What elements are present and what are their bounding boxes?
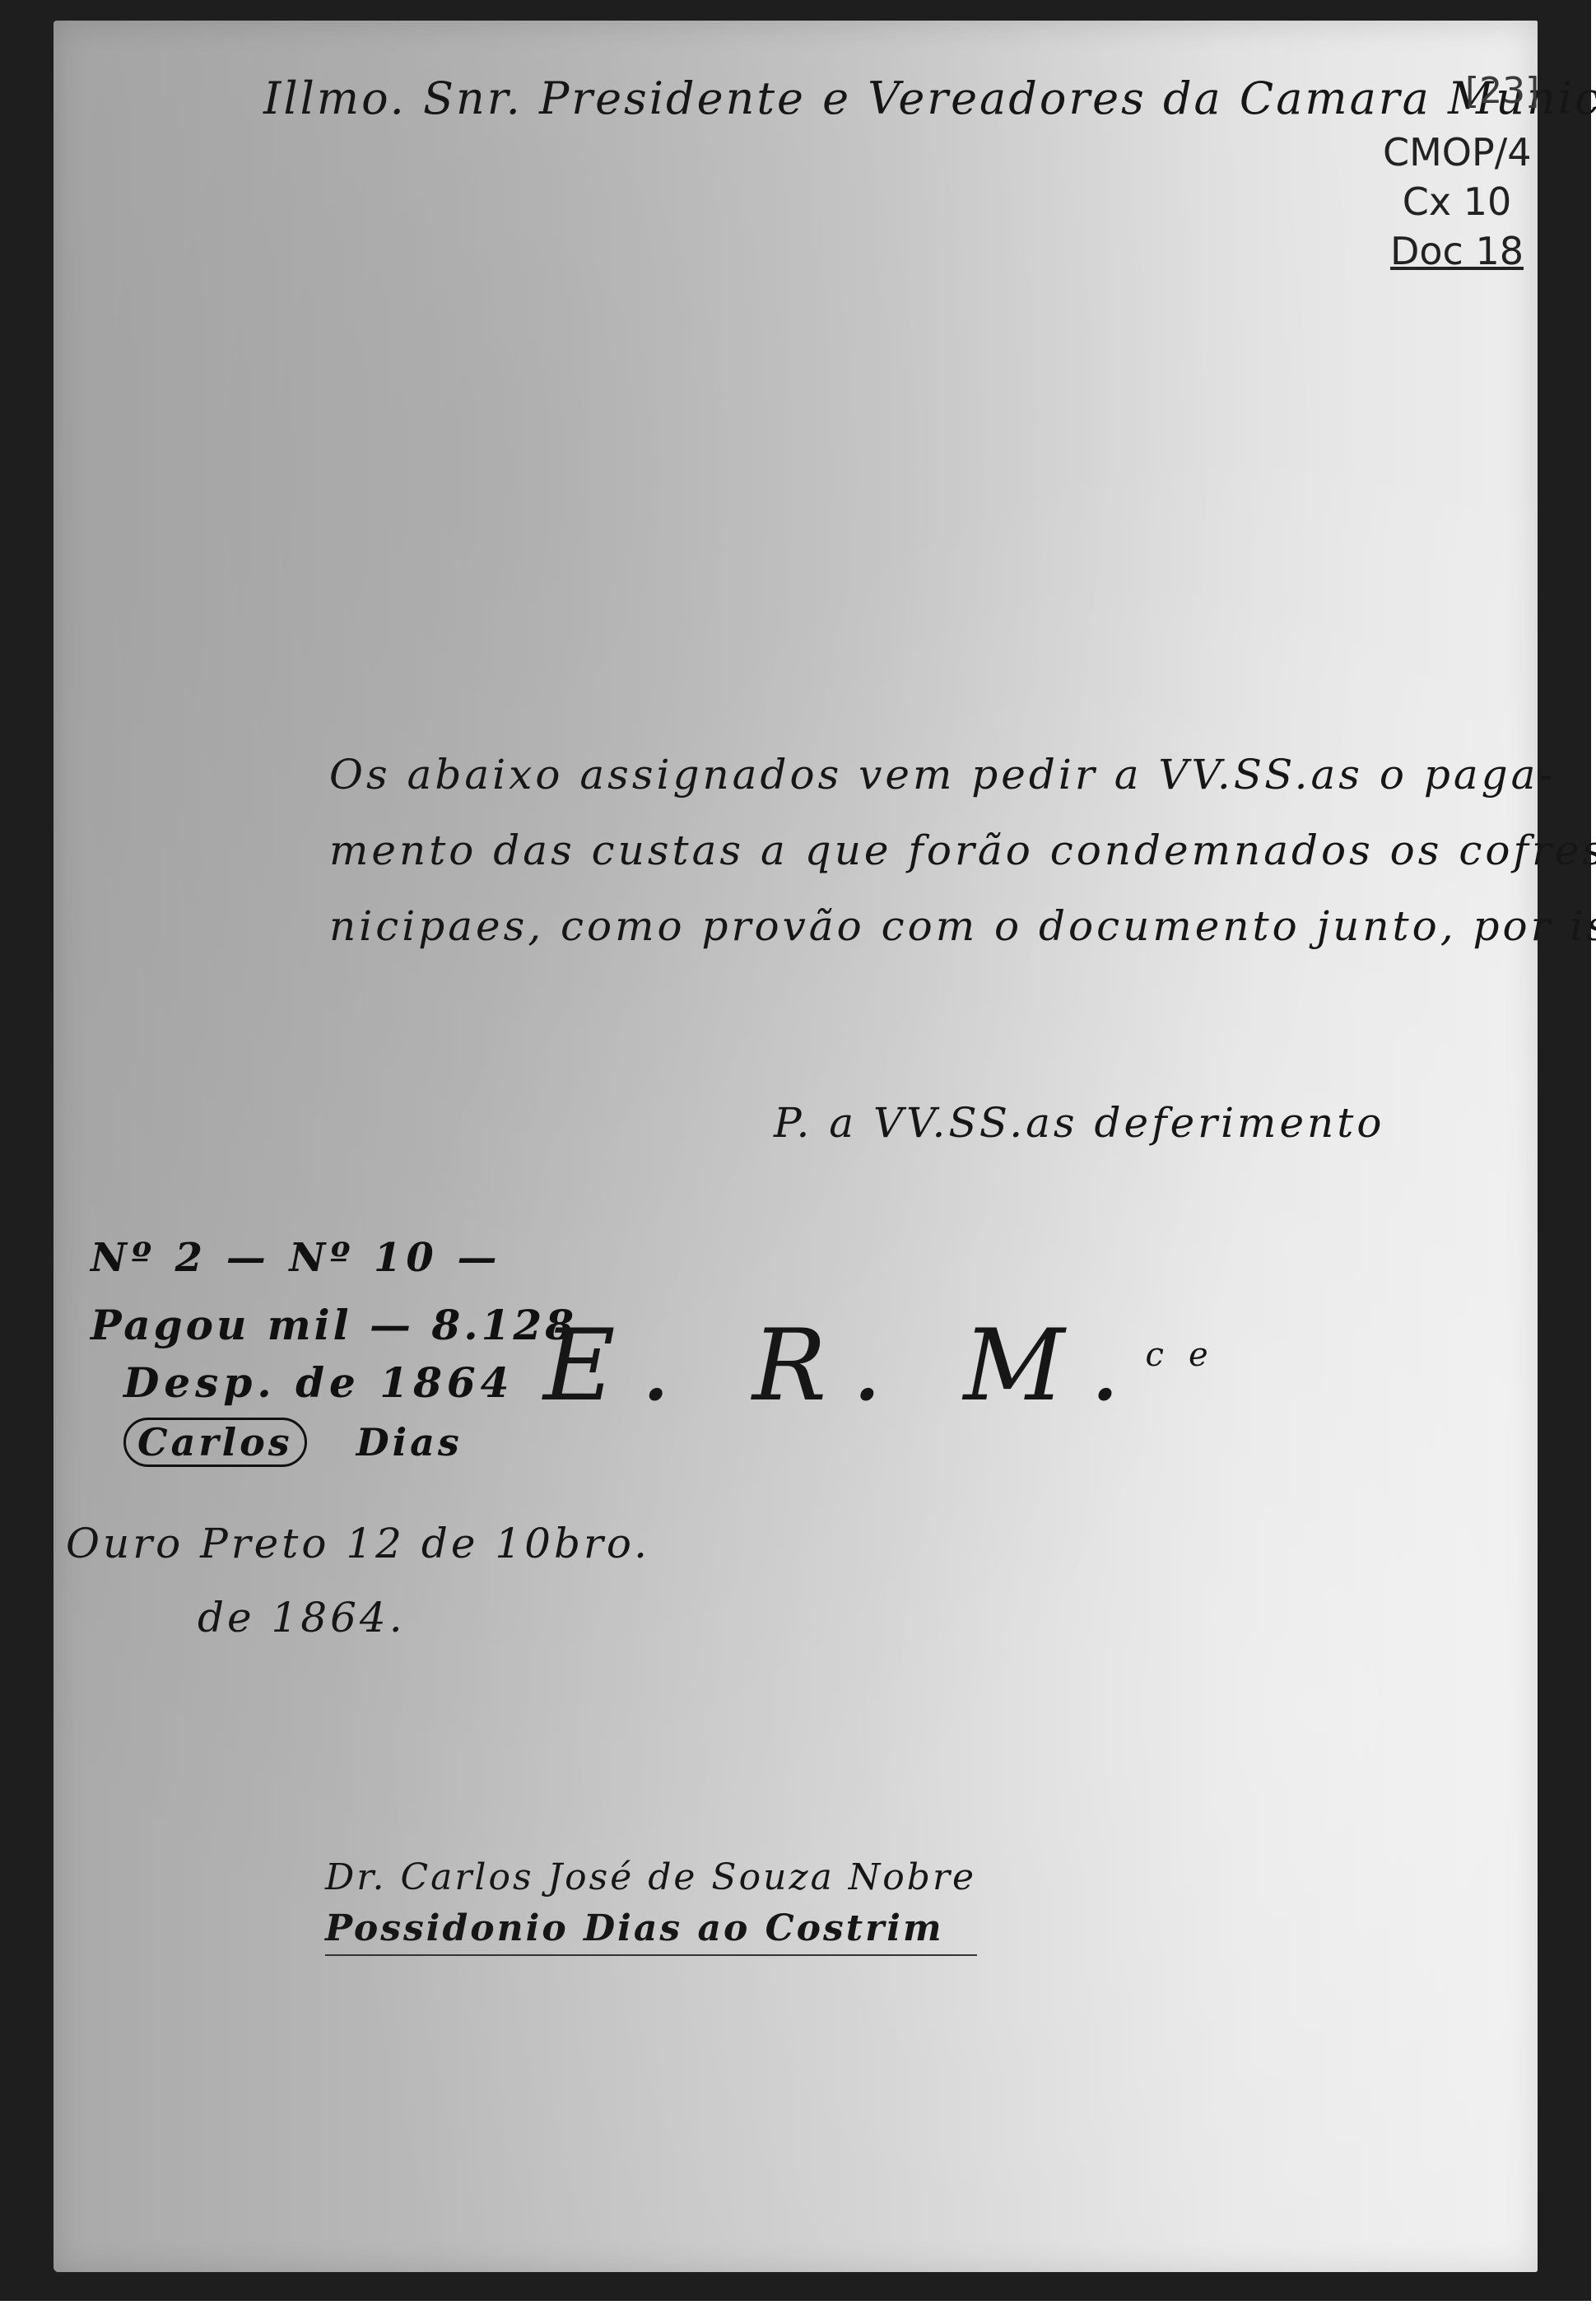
receipt-signature-carlos: Carlos (123, 1418, 307, 1467)
receipt-signatures: Carlos Dias (123, 1420, 463, 1464)
archive-reference: [23] CMOP/4 Cx 10 Doc 18 (1383, 70, 1531, 276)
receipt-amount: Pagou mil — 8.128 (91, 1301, 577, 1349)
body-line: Os abaixo assignados vem pedir a VV.SS.a… (329, 737, 1596, 813)
receipt-number: Nº 2 — Nº 10 — (91, 1235, 502, 1281)
initials-superscript: ce (1146, 1336, 1233, 1374)
archive-doc: Doc 18 (1383, 226, 1531, 276)
date-place-day: Ouro Preto 12 de 10bro. (66, 1520, 650, 1567)
signatures-block: Dr. Carlos José de Souza Nobre Possidoni… (325, 1852, 977, 1956)
body-line: nicipaes, como provão com o documento ju… (329, 888, 1596, 964)
folio-number: [23] (1465, 70, 1539, 112)
despacho-initials: E. R. M.ce (543, 1309, 1233, 1423)
archive-box: Cx 10 (1383, 177, 1531, 226)
receipt-dispatch: Desp. de 1864 (123, 1358, 514, 1407)
signature-1: Dr. Carlos José de Souza Nobre (325, 1852, 977, 1903)
closing-formula: P. a VV.SS.as deferimento (774, 1099, 1384, 1147)
body-line: mento das custas a que forão condemnados… (329, 813, 1596, 888)
archive-fund: CMOP/4 (1383, 128, 1531, 177)
date-year: de 1864. (66, 1581, 650, 1655)
date-line: Ouro Preto 12 de 10bro. de 1864. (66, 1506, 650, 1655)
signature-2: Possidonio Dias ao Costrim (325, 1903, 977, 1956)
receipt-signature-dias: Dias (356, 1420, 463, 1464)
initials-text: E. R. M. (543, 1309, 1146, 1423)
petition-body: Os abaixo assignados vem pedir a VV.SS.a… (329, 737, 1596, 964)
